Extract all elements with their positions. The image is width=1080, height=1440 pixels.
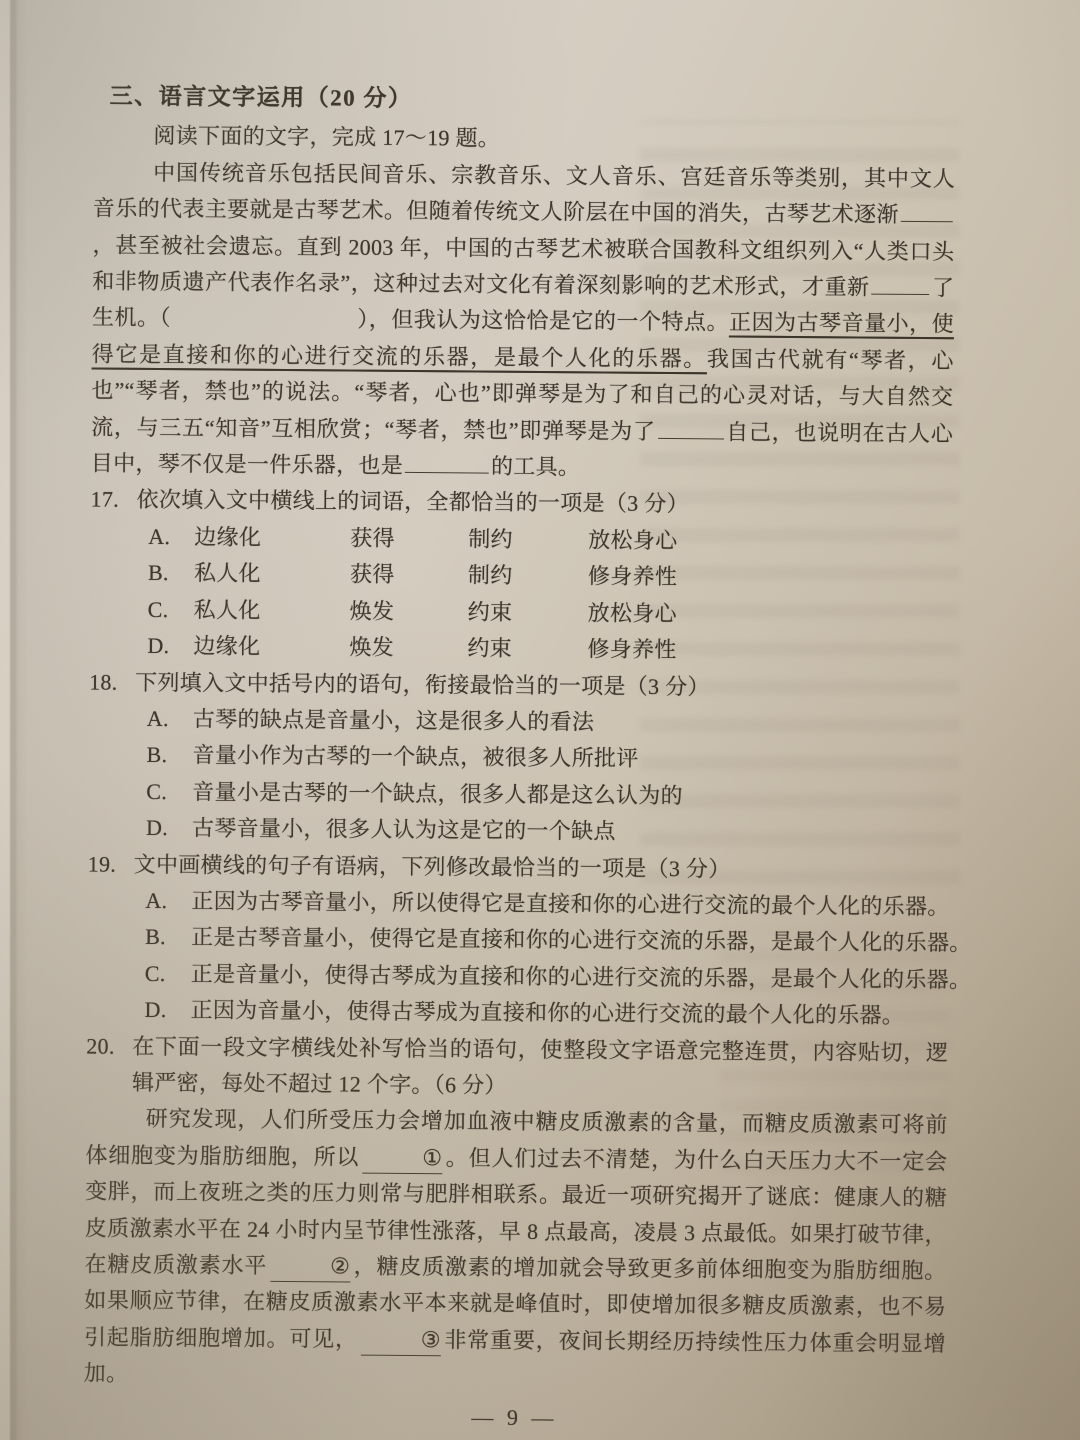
option-d: D. 古琴音量小，很多人认为这是它的一个缺点 [146, 810, 950, 853]
fill-in-blank-line [901, 217, 953, 222]
option-word: 修身养性 [587, 631, 676, 668]
option-d: D. 正因为音量小，使得古琴成为直接和你的心进行交流的最个人化的乐器。 [144, 992, 948, 1035]
option-word: 私人化 [194, 592, 350, 630]
option-text: 古琴音量小，很多人认为这是它的一个缺点 [192, 810, 616, 850]
option-b: B. 音量小作为古琴的一个缺点，被很多人所批评 [146, 737, 950, 780]
section-title: 三、语言文字运用（20 分） [110, 79, 956, 122]
option-word: 约束 [467, 631, 587, 668]
option-word: 获得 [350, 557, 468, 594]
parenthesis-blank [171, 326, 357, 327]
option-word: 边缘化 [193, 628, 349, 666]
page-number: — 9 — [83, 1396, 945, 1439]
option-label: A. [145, 883, 191, 920]
question-20: 20. 在下面一段文字横线处补写恰当的语句，使整段文字语意完整连贯，内容贴切，逻… [84, 1028, 949, 1399]
option-word: 私人化 [194, 556, 350, 594]
paper-background: 三、语言文字运用（20 分） 阅读下面的文字，完成 17～19 题。 中国传统音… [0, 0, 1080, 1440]
option-label: A. [148, 519, 194, 556]
question-number: 20. [86, 1028, 132, 1065]
option-label: D. [146, 810, 192, 847]
option-label: C. [148, 592, 194, 629]
option-text: 音量小作为古琴的一个缺点，被很多人所批评 [192, 738, 638, 778]
fill-in-blank-line [405, 468, 489, 474]
question-17: 17. 依次填入文中横线上的词语，全都恰当的一项是（3 分） A. 边缘化 获得… [89, 482, 952, 671]
option-text: 正因为音量小，使得古琴成为直接和你的心进行交流的最个人化的乐器。 [190, 992, 904, 1034]
option-label: B. [148, 555, 194, 592]
option-text: 古琴的缺点是音量小，这是很多人的看法 [193, 701, 595, 741]
option-label: A. [147, 701, 193, 738]
option-a: A. 正因为古琴音量小，所以使得它是直接和你的心进行交流的最个人化的乐器。 [145, 883, 949, 926]
option-word: 制约 [468, 558, 588, 595]
option-a: A. 边缘化 获得 制约 放松身心 [148, 519, 952, 562]
fill-in-blank-line [872, 290, 930, 295]
option-word: 修身养性 [588, 559, 677, 596]
question-number: 17. [90, 482, 136, 519]
option-word: 获得 [350, 520, 468, 557]
passage-text: ，甚至被社会遗忘。直到 2003 年，中国的古琴艺术被联合国教科文组织列入“人类… [92, 232, 954, 300]
option-word: 放松身心 [588, 595, 677, 632]
numbered-blank-2: ② [270, 1251, 350, 1283]
option-text: 正因为古琴音量小，所以使得它是直接和你的心进行交流的最个人化的乐器。 [191, 883, 949, 925]
numbered-blank-1: ① [362, 1142, 442, 1174]
option-a: A. 古琴的缺点是音量小，这是很多人的看法 [147, 701, 951, 744]
option-label: B. [145, 919, 191, 956]
option-c: C. 正是音量小，使得古琴成为直接和你的心进行交流的乐器，是最个人化的乐器。 [145, 956, 949, 999]
option-label: C. [146, 774, 192, 811]
option-word: 焕发 [349, 630, 467, 667]
question-20-passage: 研究发现，人们所受压力会增加血液中糖皮质激素的含量，而糖皮质激素可将前体细胞变为… [84, 1101, 948, 1399]
option-word: 放松身心 [588, 522, 677, 559]
passage-instruction: 阅读下面的文字，完成 17～19 题。 [153, 118, 955, 161]
exam-page-content: 三、语言文字运用（20 分） 阅读下面的文字，完成 17～19 题。 中国传统音… [0, 0, 1080, 1440]
option-word: 制约 [468, 521, 588, 558]
option-b: B. 正是古琴音量小，使得它是直接和你的心进行交流的乐器，是最个人化的乐器。 [145, 919, 949, 962]
option-word: 焕发 [350, 593, 468, 630]
numbered-blank-3: ③ [361, 1324, 441, 1356]
option-d: D. 边缘化 焕发 约束 修身养性 [147, 628, 951, 671]
page-edge-shadow [0, 0, 30, 1440]
option-c: C. 私人化 焕发 约束 放松身心 [148, 592, 952, 635]
question-number: 19. [88, 846, 134, 883]
question-18: 18. 下列填入文中括号内的语句，衔接最恰当的一项是（3 分） A. 古琴的缺点… [88, 664, 951, 853]
option-text: 正是古琴音量小，使得它是直接和你的心进行交流的乐器，是最个人化的乐器。 [191, 920, 972, 963]
option-word: 约束 [468, 594, 588, 631]
option-c: C. 音量小是古琴的一个缺点，很多人都是这么认为的 [146, 774, 950, 817]
option-word: 边缘化 [194, 519, 350, 557]
passage-text: ），但我认为这恰恰是它的一个特点。 [357, 307, 729, 335]
fill-in-blank-line [658, 434, 724, 440]
question-number: 18. [89, 664, 135, 701]
option-text: 正是音量小，使得古琴成为直接和你的心进行交流的乐器，是最个人化的乐器。 [191, 956, 972, 999]
option-b: B. 私人化 获得 制约 修身养性 [148, 555, 952, 598]
option-label: B. [146, 737, 192, 774]
question-19: 19. 文中画横线的句子有语病，下列修改最恰当的一项是（3 分） A. 正因为古… [86, 846, 949, 1035]
question-stem: 在下面一段文字横线处补写恰当的语句，使整段文字语意完整连贯，内容贴切，逻辑严密，… [132, 1028, 949, 1107]
option-text: 音量小是古琴的一个缺点，很多人都是这么认为的 [192, 774, 683, 814]
option-label: C. [145, 956, 191, 993]
option-label: D. [144, 992, 190, 1029]
passage-text: 的工具。 [491, 454, 580, 480]
reading-passage: 中国传统音乐包括民间音乐、宗教音乐、文人音乐、宫廷音乐等类别，其中文人音乐的代表… [91, 154, 956, 488]
passage-text: 中国传统音乐包括民间音乐、宗教音乐、文人音乐、宫廷音乐等类别，其中文人音乐的代表… [93, 160, 955, 227]
option-label: D. [147, 628, 193, 665]
